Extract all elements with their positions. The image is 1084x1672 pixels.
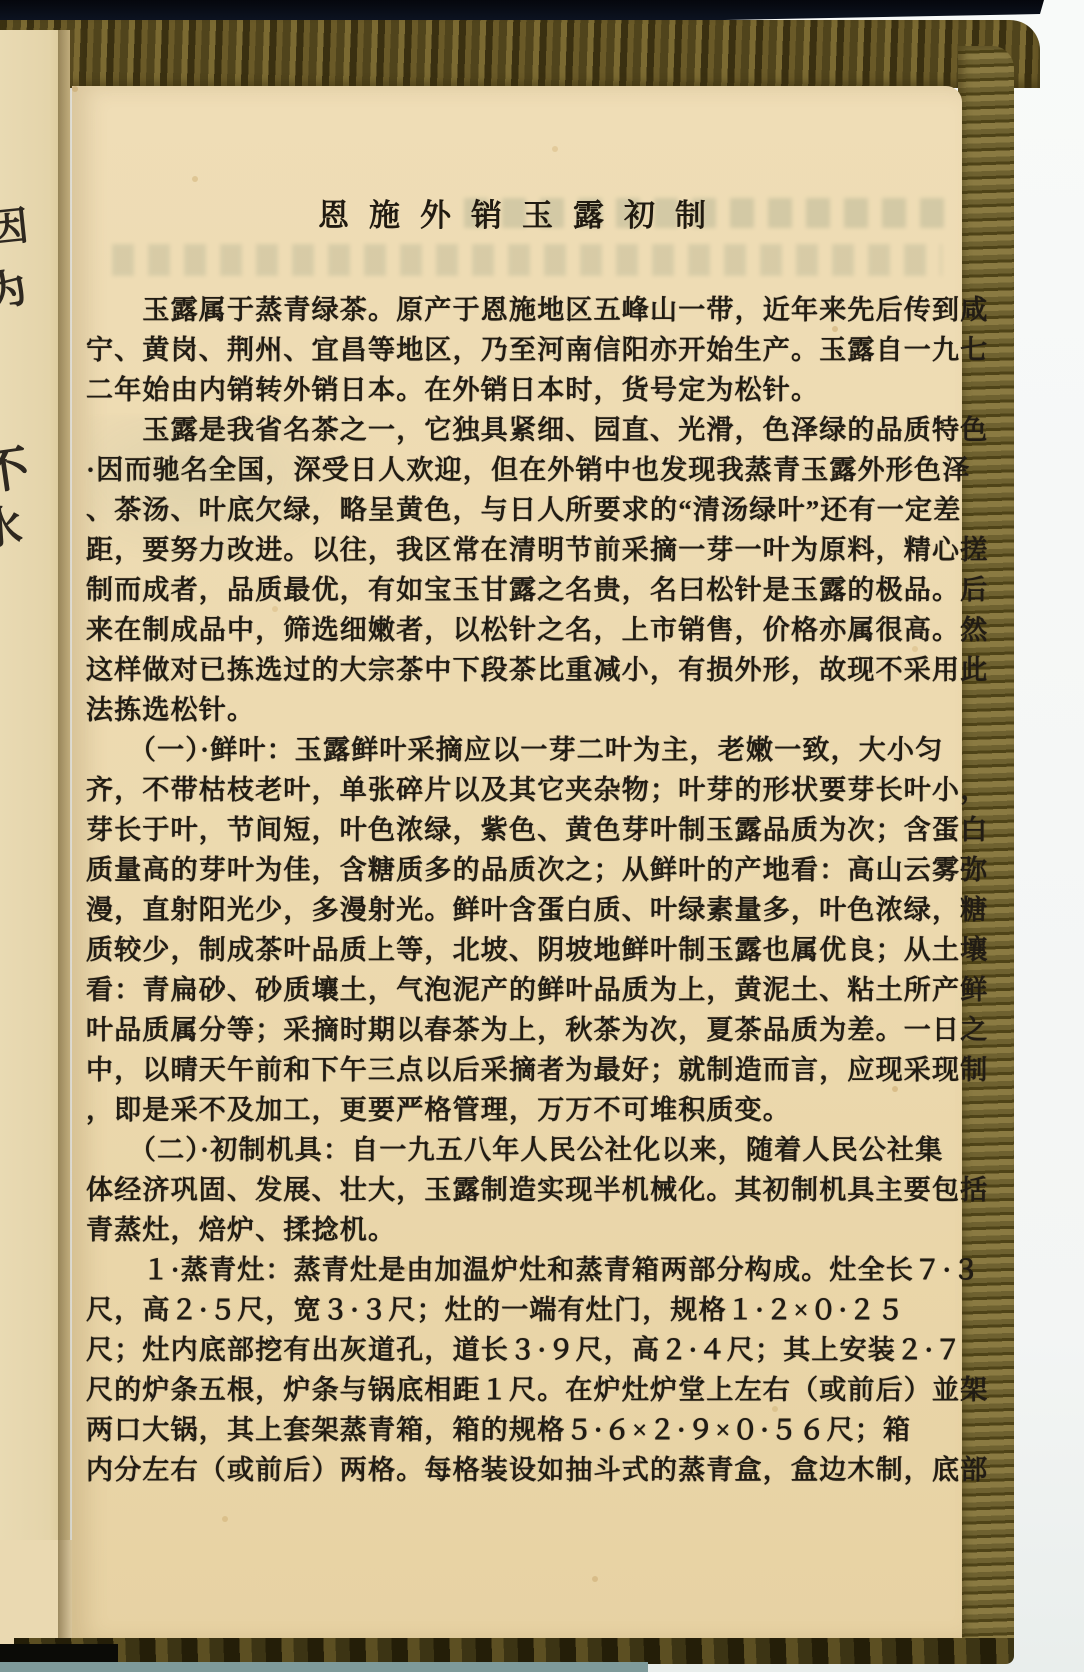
scanner-teal-strip — [0, 1662, 648, 1672]
text-line: ·因而驰名全国，深受日人欢迎，但在外销中也发现我蒸青玉露外形色泽 — [86, 450, 954, 490]
text-line: 两口大锅，其上套架蒸青箱，箱的规格５·６×２·９×０·５６尺；箱 — [86, 1410, 954, 1450]
text-line: 来在制成品中，筛选细嫩者，以松针之名，上市销售，价格亦属很高。然 — [86, 610, 954, 650]
text-line: 、茶汤、叶底欠绿，略呈黄色，与日人所要求的“清汤绿叶”还有一定差 — [86, 490, 954, 530]
scanned-book-page: 因 为 不 水 恩施外销玉露初制 玉露属于蒸青绿茶。原产于恩施地区五峰山一带，近… — [0, 0, 1084, 1672]
book-edge-right — [958, 46, 1014, 1650]
text-line: 制而成者，品质最优，有如宝玉甘露之名贵，名曰松针是玉露的极品。后 — [86, 570, 954, 610]
text-line: 芽长于叶，节间短，叶色浓绿，紫色、黄色芽叶制玉露品质为次；含蛋白 — [86, 810, 954, 850]
document-title: 恩施外销玉露初制 — [72, 190, 962, 235]
book-edge-top — [0, 20, 1040, 88]
text-line: 二年始由内销转外销日本。在外销日本时，货号定为松针。 — [86, 370, 954, 410]
book-edge-bottom — [14, 1638, 1014, 1664]
text-line: 青蒸灶，焙炉、揉捻机。 — [86, 1210, 954, 1250]
text-line: （一）·鲜叶：玉露鲜叶采摘应以一芽二叶为主，老嫩一致，大小匀 — [86, 730, 954, 770]
text-line: 尺的炉条五根，炉条与锅底相距１尺。在炉灶炉堂上左右（或前后）並架 — [86, 1370, 954, 1410]
paper-specks — [72, 86, 78, 92]
text-line: 质量高的芽叶为佳，含糖质多的品质次之；从鲜叶的产地看：高山云雾弥 — [86, 850, 954, 890]
text-line: 齐，不带枯枝老叶，单张碎片以及其它夹杂物；叶芽的形状要芽长叶小， — [86, 770, 954, 810]
text-line: 尺；灶内底部挖有出灰道孔，道长３·９尺，高２·４尺；其上安装２·７ — [86, 1330, 954, 1370]
text-line: ，即是采不及加工，更要严格管理，万万不可堆积质变。 — [86, 1090, 954, 1130]
text-line: 尺，高２·５尺，宽３·３尺；灶的一端有灶门，规格１·２×０·２５ — [86, 1290, 954, 1330]
text-line: 看：青扁砂、砂质壤土，气泡泥产的鲜叶品质为上，黄泥土、粘土所产鲜 — [86, 970, 954, 1010]
text-line: 距，要努力改进。以往，我区常在清明节前采摘一芽一叶为原料，精心搓 — [86, 530, 954, 570]
text-line: １·蒸青灶：蒸青灶是由加温炉灶和蒸青箱两部分构成。灶全长７·３ — [86, 1250, 954, 1290]
body-text: 玉露属于蒸青绿茶。原产于恩施地区五峰山一带，近年来先后传到咸 宁、黄岗、荆州、宜… — [86, 290, 954, 1490]
text-line: 这样做对已拣选过的大宗茶中下段茶比重减小，有损外形，故现不采用此 — [86, 650, 954, 690]
text-line: 质较少，制成茶叶品质上等，北坡、阴坡地鲜叶制玉露也属优良；从土壤 — [86, 930, 954, 970]
text-line: 法拣选松针。 — [86, 690, 954, 730]
text-line: 体经济巩固、发展、壮大，玉露制造实现半机械化。其初制机具主要包括 — [86, 1170, 954, 1210]
text-line: （二）·初制机具：自一九五八年人民公社化以来，随着人民公社集 — [86, 1130, 954, 1170]
text-line: 叶品质属分等；采摘时期以春茶为上，秋茶为次，夏茶品质为差。一日之 — [86, 1010, 954, 1050]
text-line: 玉露是我省名茶之一，它独具紧细、园直、光滑，色泽绿的品质特色 — [86, 410, 954, 450]
text-line: 宁、黄岗、荆州、宜昌等地区，乃至河南信阳亦开始生产。玉露自一九七 — [86, 330, 954, 370]
text-line: 漫，直射阳光少，多漫射光。鲜叶含蛋白质、叶绿素量多，叶色浓绿，糖 — [86, 890, 954, 930]
text-line: 中，以晴天午前和下午三点以后采摘者为最好；就制造而言，应现采现制 — [86, 1050, 954, 1090]
showthrough-ghost-text — [112, 244, 942, 276]
text-line: 内分左右（或前后）两格。每格装设如抽斗式的蒸青盒，盒边木制，底部 — [86, 1450, 954, 1490]
document-page: 恩施外销玉露初制 玉露属于蒸青绿茶。原产于恩施地区五峰山一带，近年来先后传到咸 … — [72, 86, 962, 1642]
text-line: 玉露属于蒸青绿茶。原产于恩施地区五峰山一带，近年来先后传到咸 — [86, 290, 954, 330]
